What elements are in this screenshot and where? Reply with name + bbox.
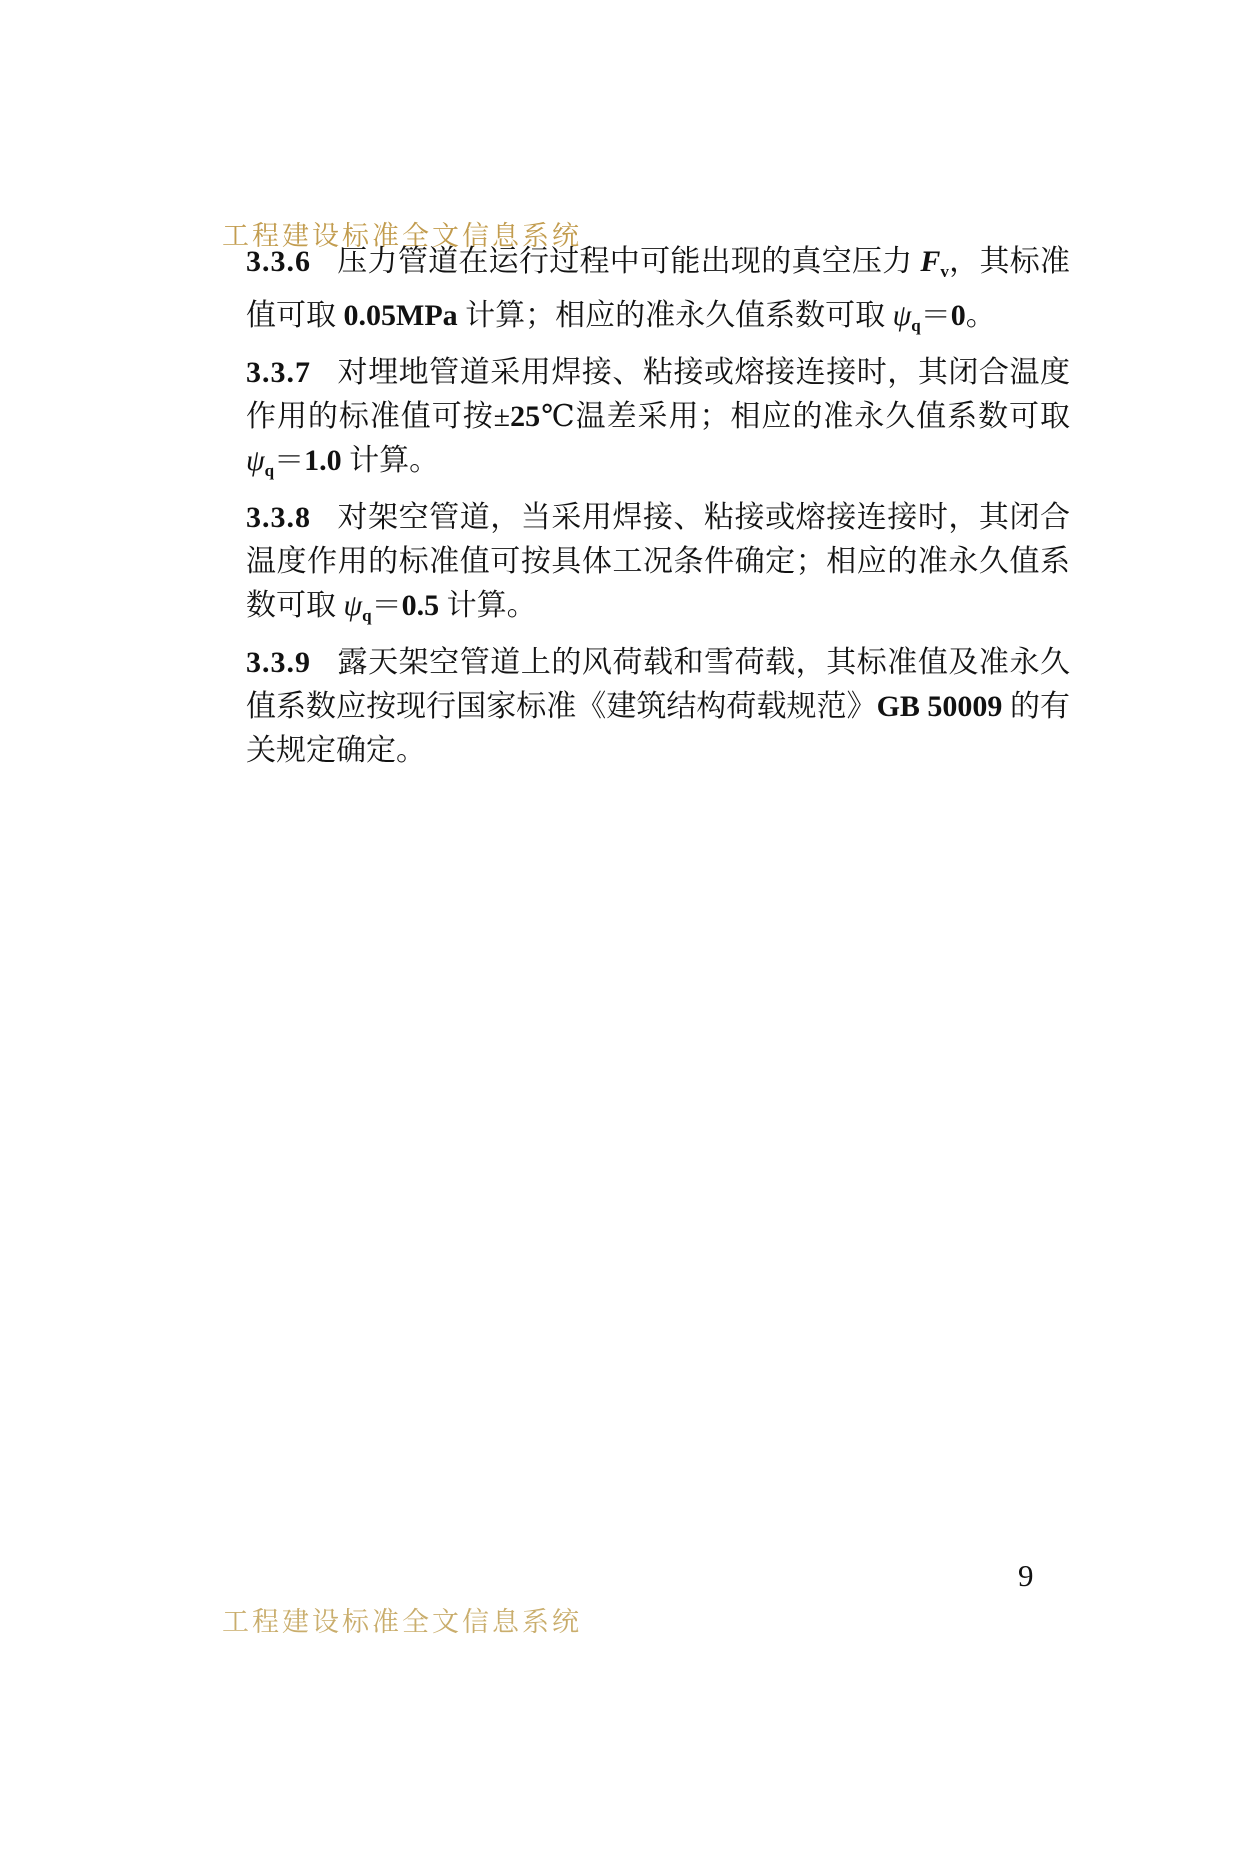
watermark-bottom: 工程建设标准全文信息系统 [222, 1600, 582, 1639]
section-3.3.6: 3.3.6压力管道在运行过程中可能出现的真空压力 Fv，其标准值可取 0.05M… [246, 240, 1070, 348]
page-number: 9 [1018, 1558, 1034, 1594]
text-segment: 0 [951, 299, 966, 332]
section-number: 3.3.7 [246, 356, 311, 389]
text-segment: ψ [246, 444, 265, 477]
text-segment: 0.05MPa [344, 299, 458, 332]
text-segment: 压力管道在运行过程中可能出现的真空压力 [337, 245, 920, 278]
document-page: 工程建设标准全文信息系统 3.3.6压力管道在运行过程中可能出现的真空压力 Fv… [0, 0, 1260, 1867]
text-segment: ＝ [921, 299, 951, 332]
text-segment: ℃温差采用；相应的准永久值系数可取 [540, 400, 1070, 433]
text-segment: 计算。 [439, 589, 537, 622]
text-segment: q [911, 316, 920, 335]
section-number: 3.3.8 [246, 501, 311, 534]
text-segment: 计算；相应的准永久值系数可取 [458, 299, 893, 332]
text-segment: 1.0 [304, 444, 342, 477]
text-segment: ψ [344, 589, 363, 622]
text-segment: F [920, 245, 940, 278]
text-segment: ＝ [372, 589, 402, 622]
section-3.3.8: 3.3.8对架空管道，当采用焊接、粘接或熔接连接时，其闭合温度作用的标准值可按具… [246, 496, 1070, 638]
text-segment: 对架空管道，当采用焊接、粘接或熔接连接时，其闭合温度作用的标准值可按具体工况条件… [246, 501, 1070, 622]
section-3.3.9: 3.3.9露天架空管道上的风荷载和雪荷载，其标准值及准永久值系数应按现行国家标准… [246, 641, 1070, 773]
text-segment: q [362, 606, 371, 625]
document-body: 3.3.6压力管道在运行过程中可能出现的真空压力 Fv，其标准值可取 0.05M… [246, 240, 1070, 776]
text-segment: 0.5 [402, 589, 440, 622]
text-segment: q [265, 461, 274, 480]
text-segment: 25 [510, 400, 540, 433]
text-segment: ψ [893, 299, 912, 332]
section-3.3.7: 3.3.7对埋地管道采用焊接、粘接或熔接连接时，其闭合温度作用的标准值可按±25… [246, 351, 1070, 493]
section-number: 3.3.9 [246, 646, 311, 679]
text-segment: 计算。 [342, 444, 440, 477]
text-segment: 。 [966, 299, 996, 332]
section-number: 3.3.6 [246, 245, 311, 278]
text-segment: GB 50009 [877, 690, 1003, 723]
text-segment: ＝ [274, 444, 304, 477]
text-segment: v [940, 262, 949, 281]
